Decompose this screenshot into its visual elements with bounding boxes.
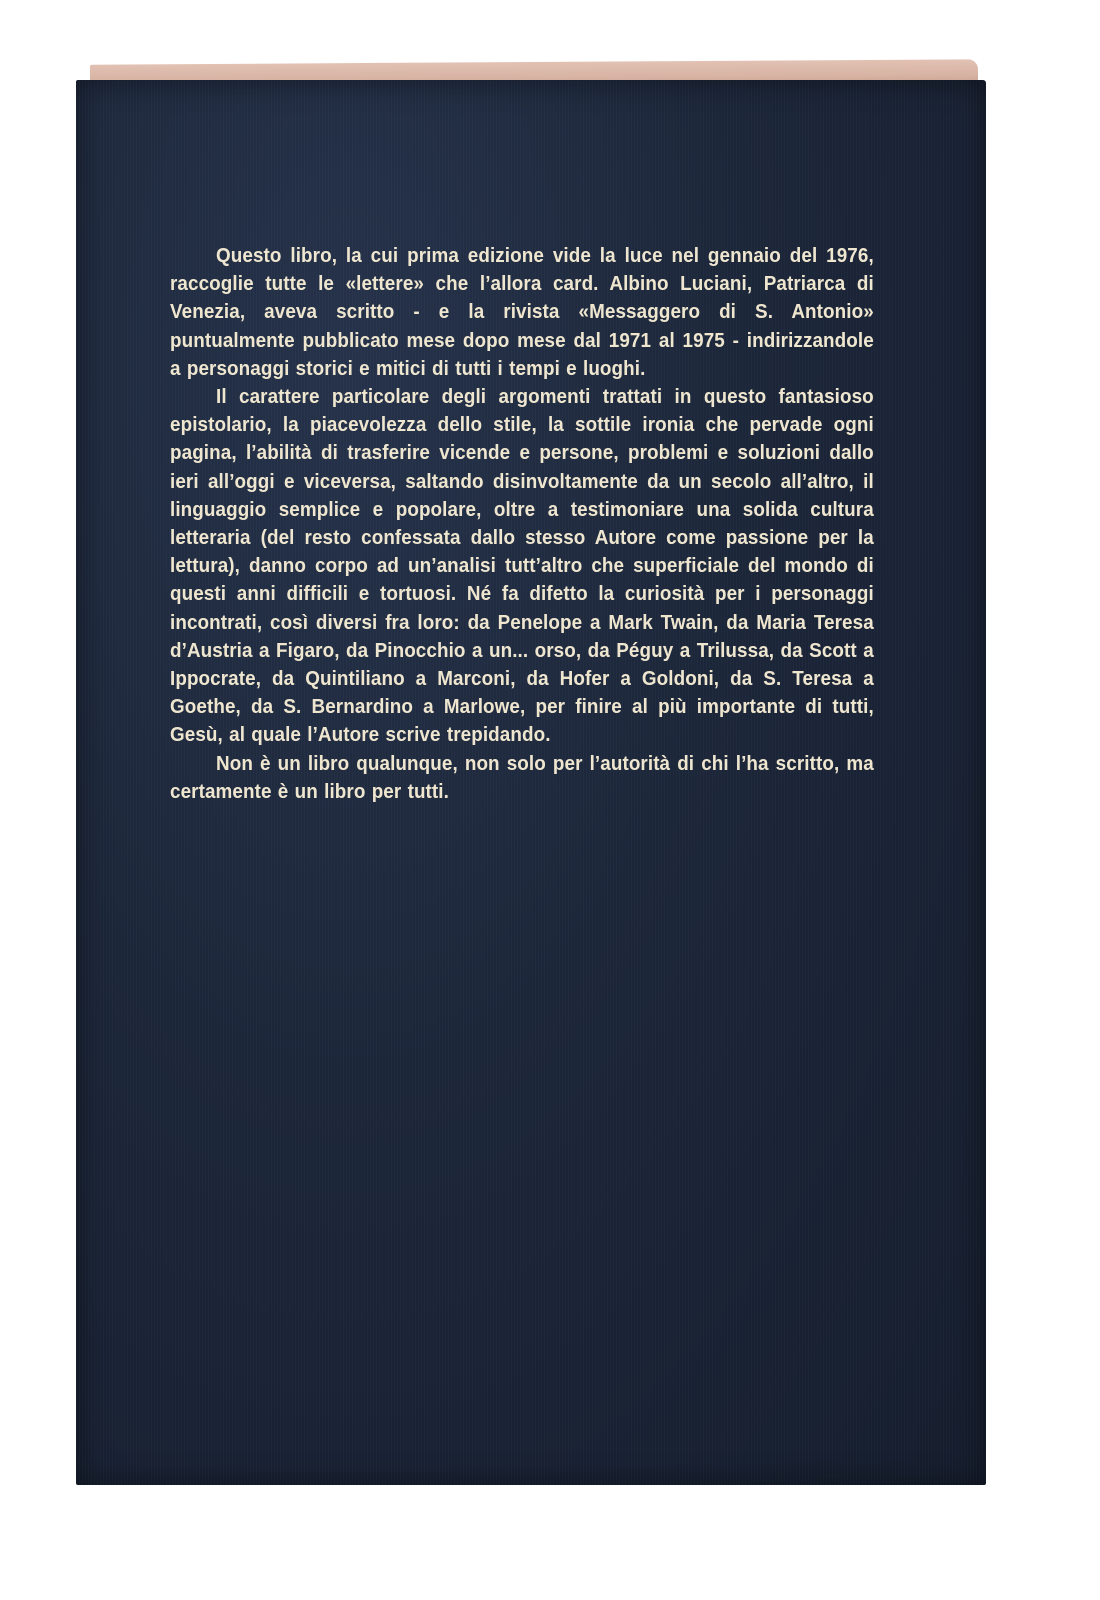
blurb-paragraph-3: Non è un libro qualunque, non solo per l… — [170, 750, 874, 806]
blurb-text: Questo libro, la cui prima edizione vide… — [170, 242, 874, 806]
blurb-paragraph-1: Questo libro, la cui prima edizione vide… — [170, 242, 874, 383]
blurb-paragraph-2: Il carattere particolare degli argomenti… — [170, 383, 874, 750]
